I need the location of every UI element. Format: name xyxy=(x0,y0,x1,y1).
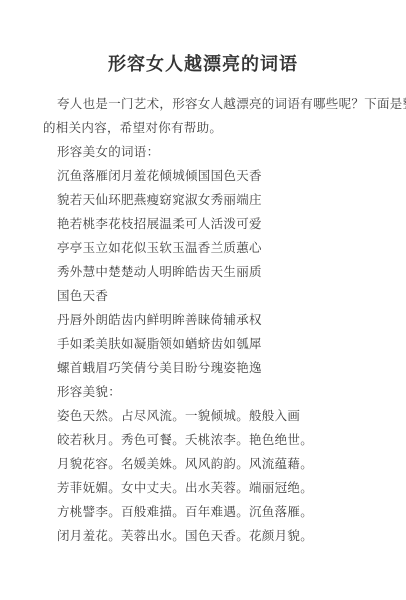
document-page: 形容女人越漂亮的词语 夸人也是一门艺术，形容女人越漂亮的词语有哪些呢？下面是整 … xyxy=(0,0,406,600)
phrase-line: 国色天香 xyxy=(43,284,378,308)
phrase-line: 秀外慧中楚楚动人明眸皓齿天生丽质 xyxy=(43,260,378,284)
section-heading: 形容美貌： xyxy=(43,380,378,404)
document-title: 形容女人越漂亮的词语 xyxy=(0,50,406,76)
phrase-line: 貌若天仙环肥燕瘦窈窕淑女秀丽端庄 xyxy=(43,188,378,212)
phrase-line: 皎若秋月。秀色可餐。夭桃浓李。艳色绝世。 xyxy=(43,428,378,452)
document-body: 夸人也是一门艺术，形容女人越漂亮的词语有哪些呢？下面是整 理 的相关内容，希望对… xyxy=(43,92,378,548)
phrase-line: 芳菲妩媚。女中丈夫。出水芙蓉。端丽冠绝。 xyxy=(43,476,378,500)
phrase-line: 沉鱼落雁闭月羞花倾城倾国国色天香 xyxy=(43,164,378,188)
phrase-line: 方桃譬李。百般难描。百年难遇。沉鱼落雁。 xyxy=(43,500,378,524)
intro-paragraph-line-1: 夸人也是一门艺术，形容女人越漂亮的词语有哪些呢？下面是整 理 xyxy=(43,92,378,116)
phrase-line: 月貌花容。名媛美姝。风风韵韵。风流蕴藉。 xyxy=(43,452,378,476)
phrase-line: 亭亭玉立如花似玉软玉温香兰质蕙心 xyxy=(43,236,378,260)
phrase-line: 闭月羞花。芙蓉出水。国色天香。花颜月貌。 xyxy=(43,524,378,548)
phrase-line: 丹唇外朗皓齿内鲜明眸善睐倚辅承权 xyxy=(43,308,378,332)
intro-paragraph-line-2: 的相关内容，希望对你有帮助。 xyxy=(43,116,378,140)
phrase-line: 手如柔美肤如凝脂领如蝤蛴齿如瓠犀 xyxy=(43,332,378,356)
phrase-line: 艳若桃李花枝招展温柔可人活泼可爱 xyxy=(43,212,378,236)
phrase-line: 姿色天然。占尽风流。一貌倾城。般般入画 xyxy=(43,404,378,428)
section-heading: 形容美女的词语： xyxy=(43,140,378,164)
phrase-line: 螺首蛾眉巧笑倩兮美目盼兮瑰姿艳逸 xyxy=(43,356,378,380)
